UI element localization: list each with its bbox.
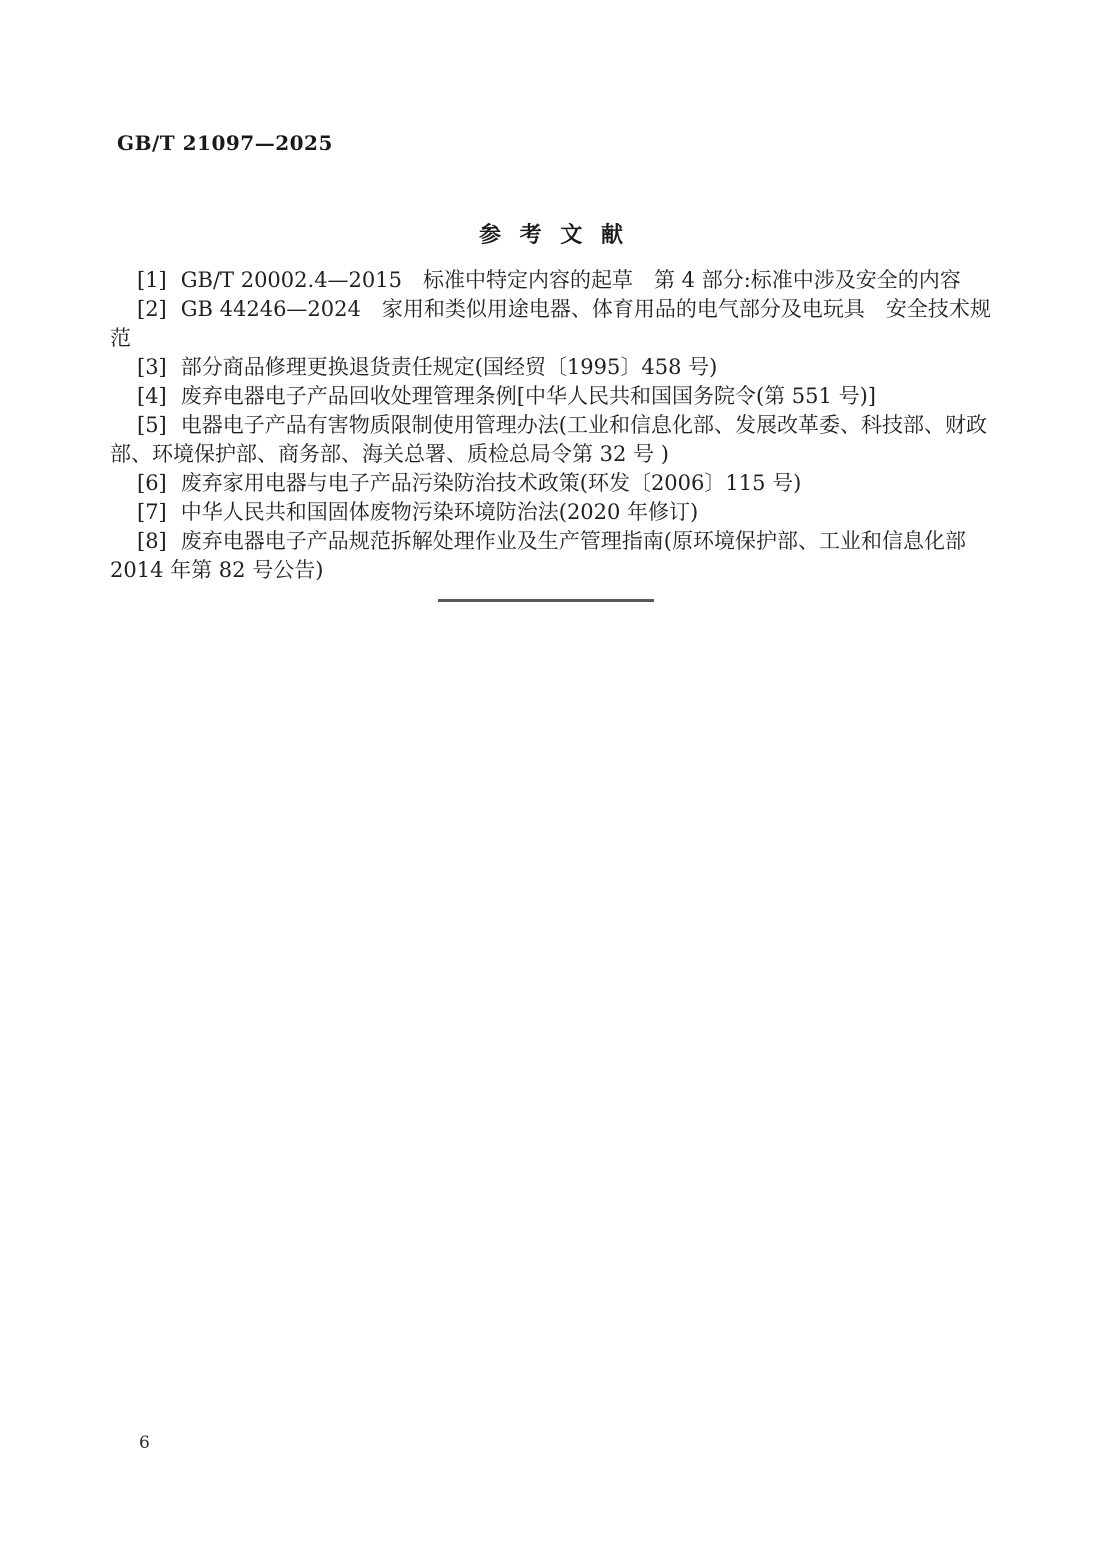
document-page: GB/T 21097—2025 参考文献 [1]GB/T 20002.4—201… <box>0 0 1102 1559</box>
standard-code: GB/T 21097—2025 <box>117 131 333 155</box>
reference-number: [2] <box>137 297 167 321</box>
reference-number: [1] <box>137 268 167 292</box>
reference-item: [4]废弃电器电子产品回收处理管理条例[中华人民共和国国务院令(第 551 号)… <box>110 382 994 411</box>
reference-item: [5]电器电子产品有害物质限制使用管理办法(工业和信息化部、发展改革委、科技部、… <box>110 411 994 469</box>
reference-number: [7] <box>137 500 167 524</box>
reference-number: [6] <box>137 471 167 495</box>
reference-text: 废弃电器电子产品规范拆解处理作业及生产管理指南(原环境保护部、工业和信息化部 2… <box>110 529 966 582</box>
reference-text: 废弃电器电子产品回收处理管理条例[中华人民共和国国务院令(第 551 号)] <box>181 384 876 408</box>
end-of-document-rule <box>438 599 654 602</box>
reference-item: [7]中华人民共和国固体废物污染环境防治法(2020 年修订) <box>110 498 994 527</box>
reference-text: GB 44246—2024 家用和类似用途电器、体育用品的电气部分及电玩具 安全… <box>110 297 991 350</box>
reference-item: [6]废弃家用电器与电子产品污染防治技术政策(环发〔2006〕115 号) <box>110 469 994 498</box>
reference-number: [5] <box>137 413 167 437</box>
reference-number: [8] <box>137 529 167 553</box>
references-title: 参考文献 <box>0 218 1102 249</box>
references-list: [1]GB/T 20002.4—2015 标准中特定内容的起草 第 4 部分:标… <box>110 266 994 585</box>
reference-text: 电器电子产品有害物质限制使用管理办法(工业和信息化部、发展改革委、科技部、财政部… <box>110 413 987 466</box>
reference-item: [1]GB/T 20002.4—2015 标准中特定内容的起草 第 4 部分:标… <box>110 266 994 295</box>
reference-text: 部分商品修理更换退货责任规定(国经贸〔1995〕458 号) <box>181 355 718 379</box>
reference-item: [3]部分商品修理更换退货责任规定(国经贸〔1995〕458 号) <box>110 353 994 382</box>
reference-text: 废弃家用电器与电子产品污染防治技术政策(环发〔2006〕115 号) <box>181 471 802 495</box>
reference-text: GB/T 20002.4—2015 标准中特定内容的起草 第 4 部分:标准中涉… <box>181 268 961 292</box>
reference-item: [8]废弃电器电子产品规范拆解处理作业及生产管理指南(原环境保护部、工业和信息化… <box>110 527 994 585</box>
reference-text: 中华人民共和国固体废物污染环境防治法(2020 年修订) <box>181 500 699 524</box>
reference-number: [3] <box>137 355 167 379</box>
reference-item: [2]GB 44246—2024 家用和类似用途电器、体育用品的电气部分及电玩具… <box>110 295 994 353</box>
page-number: 6 <box>139 1433 150 1453</box>
reference-number: [4] <box>137 384 167 408</box>
